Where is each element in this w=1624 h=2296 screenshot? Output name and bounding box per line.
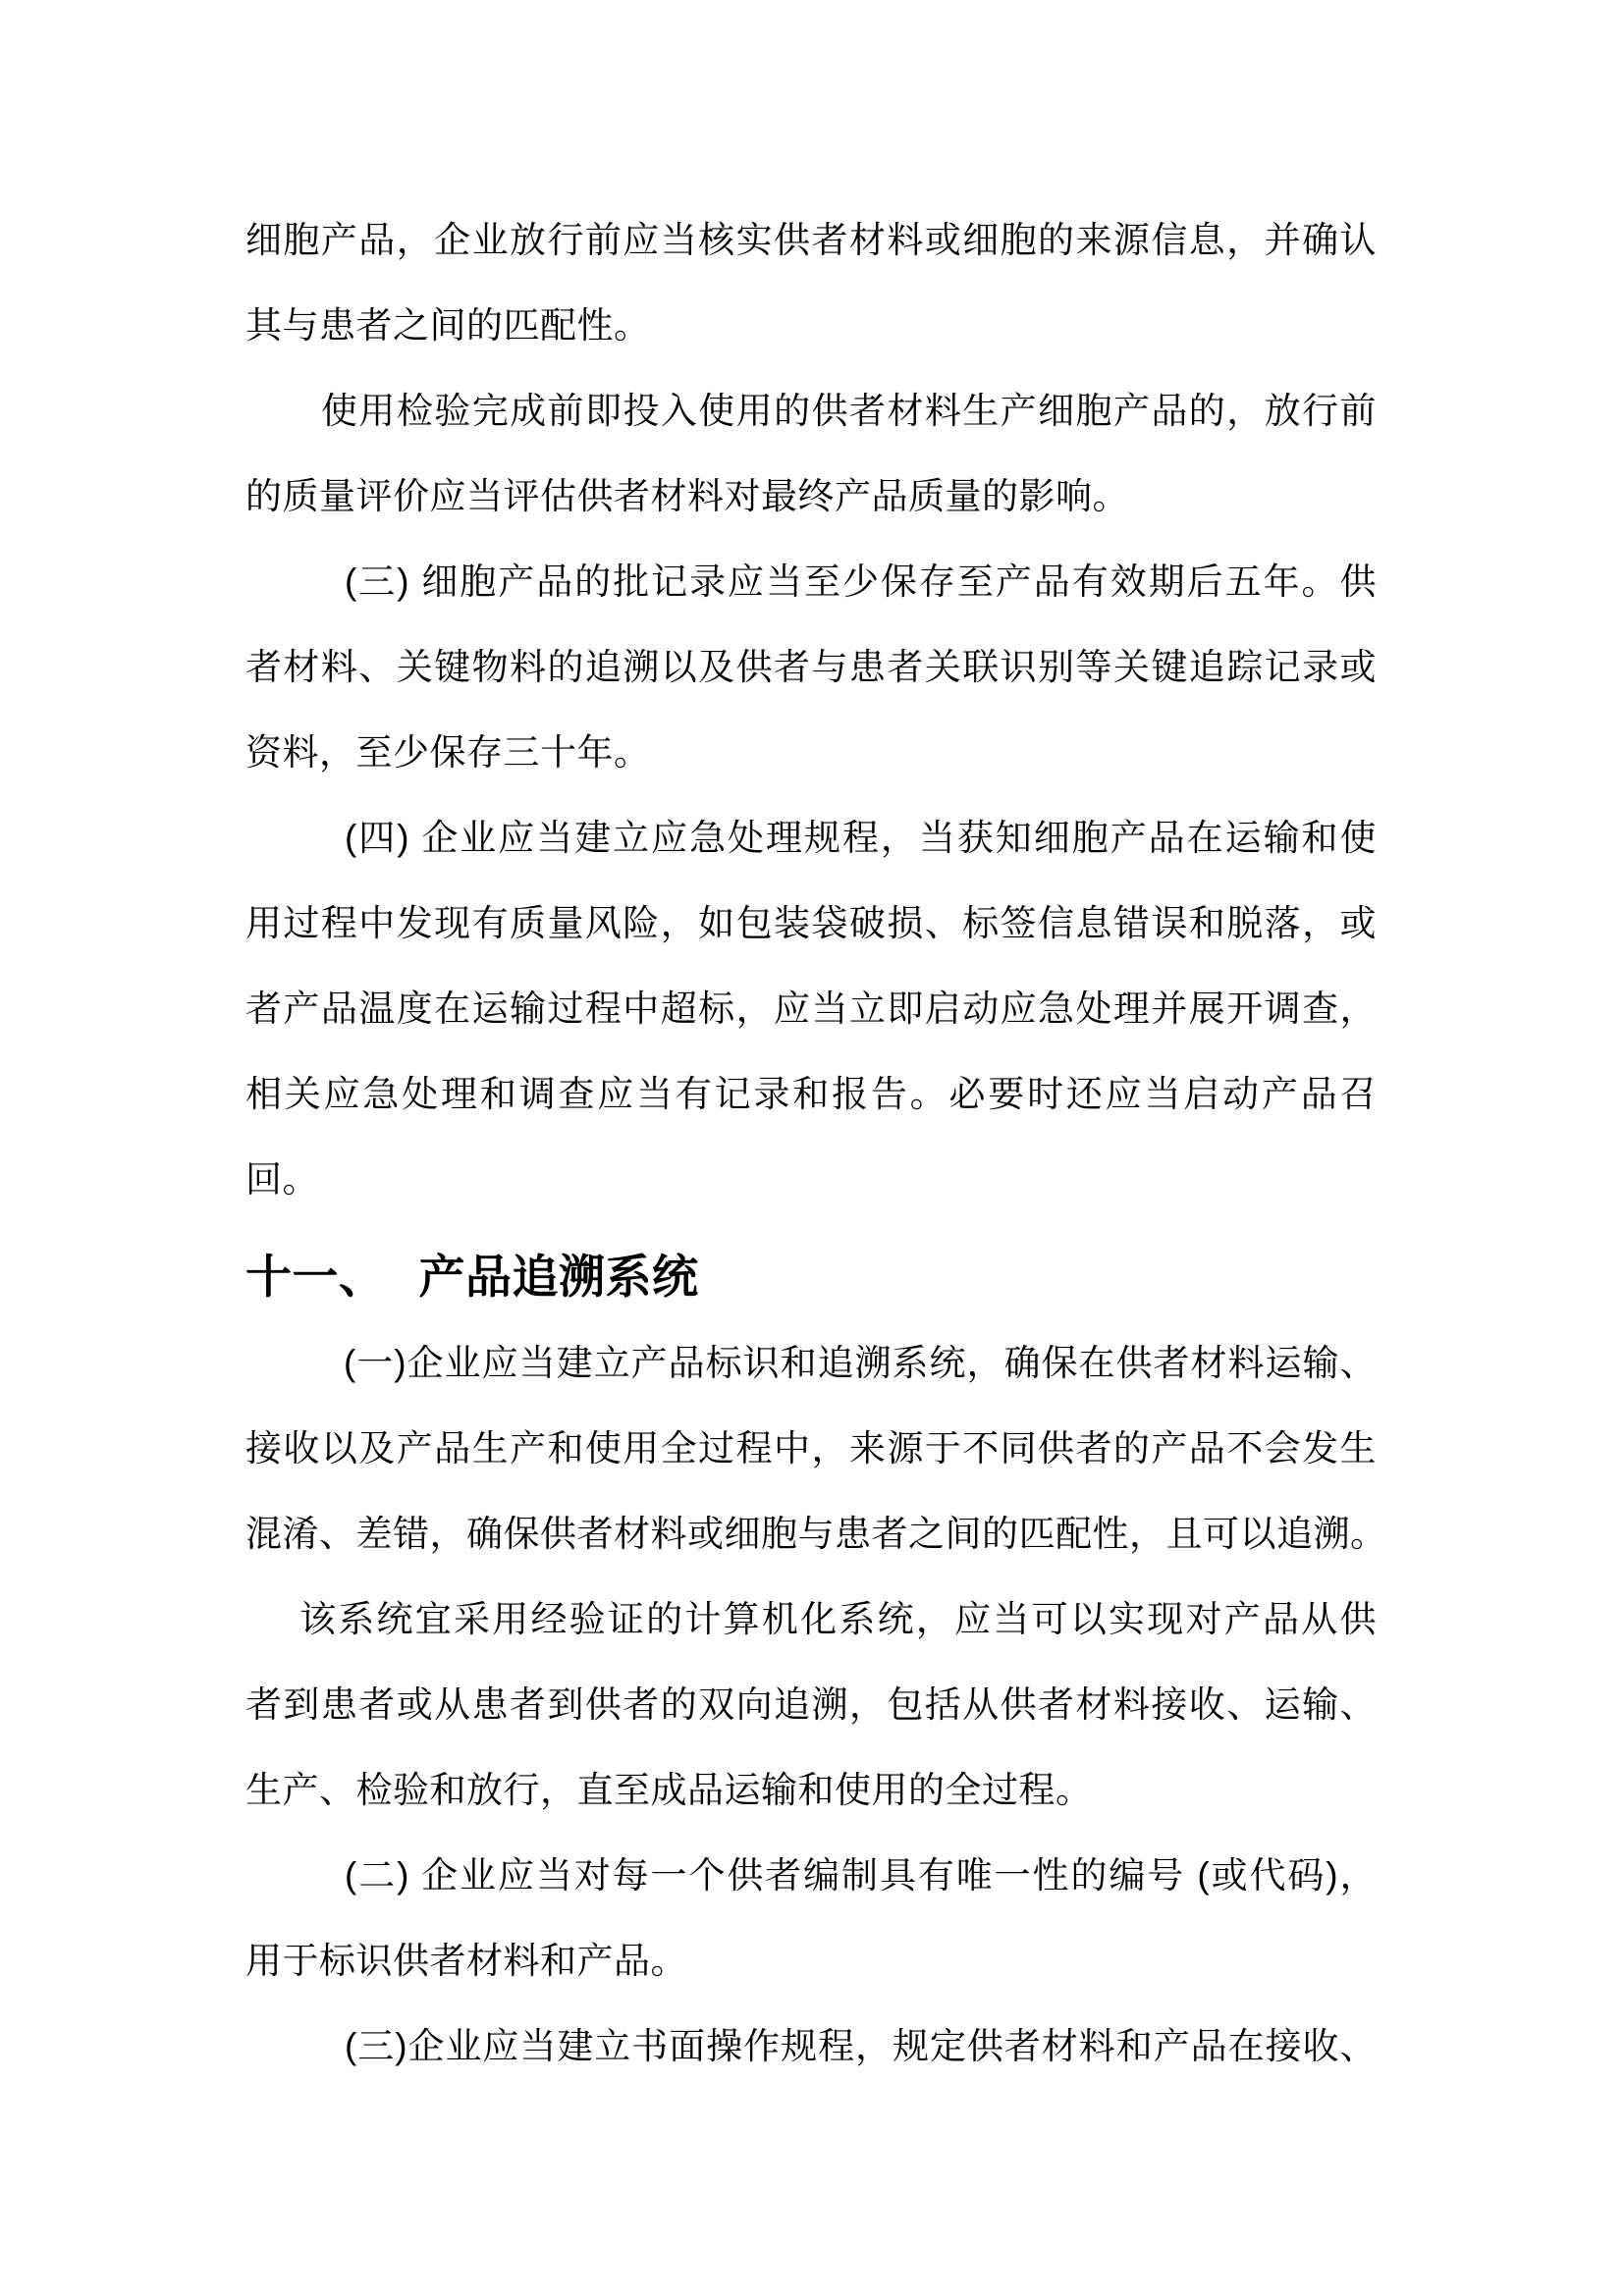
paragraph: (三) 细胞产品的批记录应当至少保存至产品有效期后五年。供者材料、关键物料的追溯… [245, 539, 1377, 795]
text-line: (四) 企业应当建立应急处理规程，当获知细胞产品在运输和使 [245, 795, 1377, 881]
document-body: 细胞产品，企业放行前应当核实供者材料或细胞的来源信息，并确认其与患者之间的匹配性… [245, 197, 1377, 2089]
document-page: 细胞产品，企业放行前应当核实供者材料或细胞的来源信息，并确认其与患者之间的匹配性… [0, 0, 1624, 2296]
section-heading-number: 十一、 [245, 1251, 386, 1303]
text-line: (三)企业应当建立书面操作规程，规定供者材料和产品在接收、 [245, 2003, 1377, 2089]
text-line: 者产品温度在运输过程中超标，应当立即启动应急处理并展开调查， [245, 966, 1377, 1051]
text-line: (三) 细胞产品的批记录应当至少保存至产品有效期后五年。供 [245, 539, 1377, 624]
text-line: 生产、检验和放行，直至成品运输和使用的全过程。 [245, 1747, 1377, 1833]
text-line: (一)企业应当建立产品标识和追溯系统，确保在供者材料运输、 [245, 1320, 1377, 1406]
paragraph: (一)企业应当建立产品标识和追溯系统，确保在供者材料运输、接收以及产品生产和使用… [245, 1320, 1377, 1576]
text-line: 该系统宜采用经验证的计算机化系统，应当可以实现对产品从供 [245, 1576, 1377, 1662]
section-heading-title: 产品追溯系统 [419, 1251, 699, 1303]
text-line: 相关应急处理和调查应当有记录和报告。必要时还应当启动产品召 [245, 1051, 1377, 1137]
text-line: 其与患者之间的匹配性。 [245, 283, 1377, 368]
text-line: 细胞产品，企业放行前应当核实供者材料或细胞的来源信息，并确认 [245, 197, 1377, 283]
section-heading: 十一、产品追溯系统 [245, 1228, 1377, 1326]
text-line: (二) 企业应当对每一个供者编制具有唯一性的编号 (或代码)， [245, 1833, 1377, 1918]
text-line: 混淆、差错，确保供者材料或细胞与患者之间的匹配性，且可以追溯。 [245, 1491, 1377, 1576]
text-line: 用过程中发现有质量风险，如包装袋破损、标签信息错误和脱落，或 [245, 881, 1377, 966]
text-line: 的质量评价应当评估供者材料对最终产品质量的影响。 [245, 454, 1377, 539]
paragraph: (二) 企业应当对每一个供者编制具有唯一性的编号 (或代码)，用于标识供者材料和… [245, 1833, 1377, 2003]
paragraph: (四) 企业应当建立应急处理规程，当获知细胞产品在运输和使用过程中发现有质量风险… [245, 795, 1377, 1222]
text-line: 用于标识供者材料和产品。 [245, 1918, 1377, 2003]
text-line: 使用检验完成前即投入使用的供者材料生产细胞产品的，放行前 [245, 368, 1377, 454]
paragraph: 细胞产品，企业放行前应当核实供者材料或细胞的来源信息，并确认其与患者之间的匹配性… [245, 197, 1377, 368]
text-line: 者材料、关键物料的追溯以及供者与患者关联识别等关键追踪记录或 [245, 624, 1377, 710]
text-line: 者到患者或从患者到供者的双向追溯，包括从供者材料接收、运输、 [245, 1662, 1377, 1747]
text-line: 回。 [245, 1137, 1377, 1222]
paragraph: 该系统宜采用经验证的计算机化系统，应当可以实现对产品从供者到患者或从患者到供者的… [245, 1576, 1377, 1833]
text-line: 资料，至少保存三十年。 [245, 710, 1377, 795]
paragraph: (三)企业应当建立书面操作规程，规定供者材料和产品在接收、 [245, 2003, 1377, 2089]
paragraph: 使用检验完成前即投入使用的供者材料生产细胞产品的，放行前的质量评价应当评估供者材… [245, 368, 1377, 539]
text-line: 接收以及产品生产和使用全过程中，来源于不同供者的产品不会发生 [245, 1406, 1377, 1491]
